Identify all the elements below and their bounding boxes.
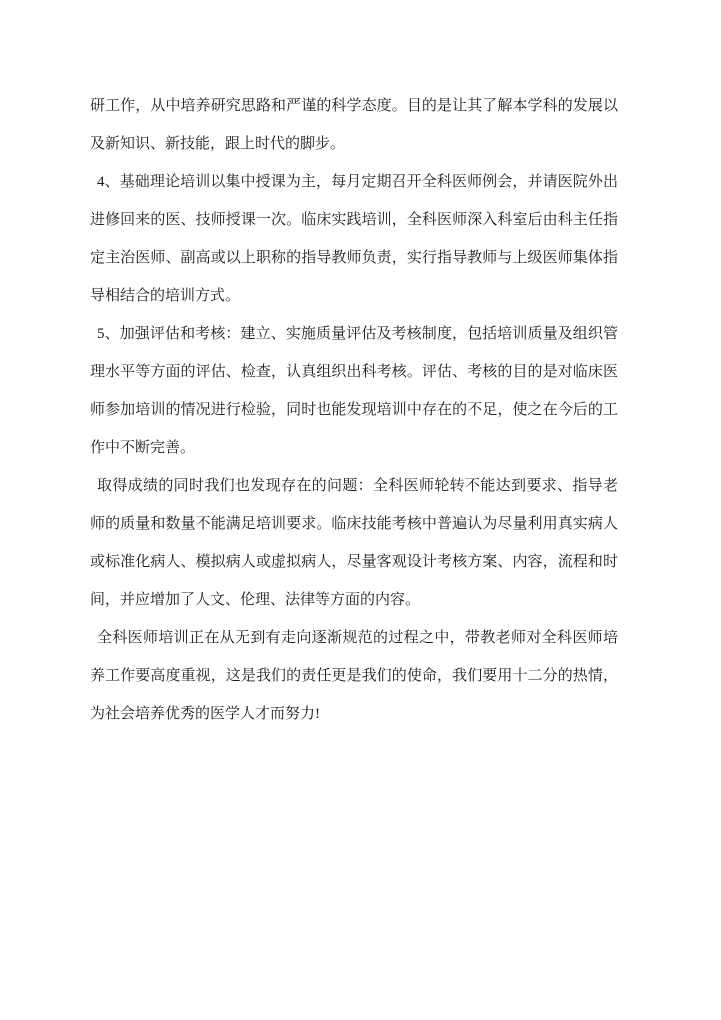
paragraph-5: 全科医师培训正在从无到有走向逐渐规范的过程之中，带教老师对全科医师培养工作要高度… <box>90 619 618 733</box>
paragraph-1: 研工作，从中培养研究思路和严谨的科学态度。目的是让其了解本学科的发展以及新知识、… <box>90 87 618 163</box>
paragraph-2: 4、基础理论培训以集中授课为主，每月定期召开全科医师例会，并请医院外出进修回来的… <box>90 163 618 315</box>
paragraph-3: 5、加强评估和考核：建立、实施质量评估及考核制度，包括培训质量及组织管理水平等方… <box>90 315 618 467</box>
paragraph-4: 取得成绩的同时我们也发现存在的问题：全科医师轮转不能达到要求、指导老师的质量和数… <box>90 467 618 619</box>
document-page: 研工作，从中培养研究思路和严谨的科学态度。目的是让其了解本学科的发展以及新知识、… <box>0 0 721 1020</box>
